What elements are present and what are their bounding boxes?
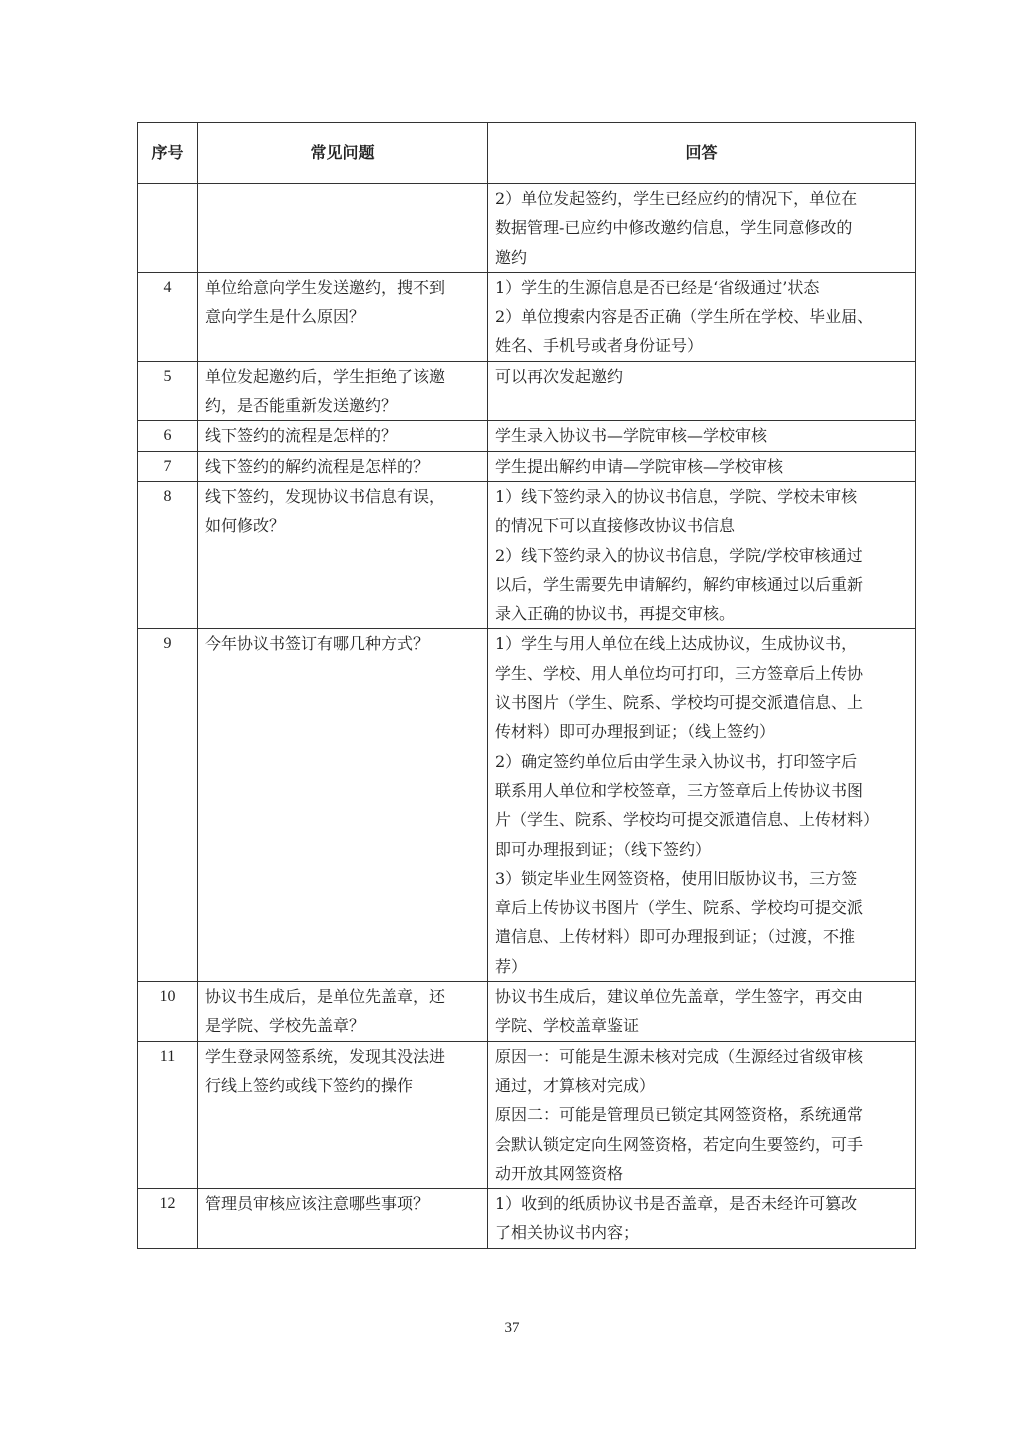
answer-line: 数据管理-已应约中修改邀约信息，学生同意修改的 (495, 213, 908, 242)
question-line: 线下签约的解约流程是怎样的？ (205, 452, 480, 481)
header-index: 序号 (138, 123, 198, 184)
answer-line: 1）收到的纸质协议书是否盖章，是否未经许可篡改 (495, 1189, 908, 1218)
answer-cell: 1）学生的生源信息是否已经是‘省级通过’状态2）单位搜索内容是否正确（学生所在学… (488, 272, 916, 361)
answer-line: 议书图片（学生、院系、学校均可提交派遣信息、上 (495, 688, 908, 717)
table-row: 11学生登录网签系统，发现其没法进行线上签约或线下签约的操作原因一：可能是生源未… (138, 1041, 916, 1188)
answer-line: 2）单位搜索内容是否正确（学生所在学校、毕业届、 (495, 302, 908, 331)
table-row: 5单位发起邀约后，学生拒绝了该邀约，是否能重新发送邀约？可以再次发起邀约 (138, 361, 916, 421)
answer-cell: 2）单位发起签约，学生已经应约的情况下，单位在数据管理-已应约中修改邀约信息，学… (488, 184, 916, 273)
answer-line: 2）线下签约录入的协议书信息，学院/学校审核通过 (495, 541, 908, 570)
row-index: 8 (138, 481, 198, 628)
row-index: 12 (138, 1189, 198, 1249)
answer-line: 原因二：可能是管理员已锁定其网签资格，系统通常 (495, 1100, 908, 1129)
question-cell: 协议书生成后，是单位先盖章，还是学院、学校先盖章？ (198, 982, 488, 1042)
answer-line: 录入正确的协议书，再提交审核。 (495, 599, 908, 628)
answer-line: 荐） (495, 952, 908, 981)
question-cell: 线下签约的解约流程是怎样的？ (198, 451, 488, 481)
table-row: 8线下签约，发现协议书信息有误，如何修改？1）线下签约录入的协议书信息，学院、学… (138, 481, 916, 628)
question-line: 协议书生成后，是单位先盖章，还 (205, 982, 480, 1011)
table-row: 12管理员审核应该注意哪些事项？1）收到的纸质协议书是否盖章，是否未经许可篡改了… (138, 1189, 916, 1249)
row-index (138, 184, 198, 273)
answer-cell: 学生提出解约申请—学院审核—学校审核 (488, 451, 916, 481)
answer-cell: 原因一：可能是生源未核对完成（生源经过省级审核通过，才算核对完成）原因二：可能是… (488, 1041, 916, 1188)
table-header-row: 序号 常见问题 回答 (138, 123, 916, 184)
row-index: 6 (138, 421, 198, 451)
question-cell: 管理员审核应该注意哪些事项？ (198, 1189, 488, 1249)
answer-cell: 1）收到的纸质协议书是否盖章，是否未经许可篡改了相关协议书内容； (488, 1189, 916, 1249)
question-line: 学生登录网签系统，发现其没法进 (205, 1042, 480, 1071)
answer-line: 通过，才算核对完成） (495, 1071, 908, 1100)
answer-line: 了相关协议书内容； (495, 1218, 908, 1247)
row-index: 11 (138, 1041, 198, 1188)
answer-line: 学生录入协议书—学院审核—学校审核 (495, 421, 908, 450)
answer-cell: 1）线下签约录入的协议书信息，学院、学校未审核的情况下可以直接修改协议书信息2）… (488, 481, 916, 628)
answer-line: 协议书生成后，建议单位先盖章，学生签字，再交由 (495, 982, 908, 1011)
answer-line: 姓名、手机号或者身份证号） (495, 331, 908, 360)
answer-cell: 学生录入协议书—学院审核—学校审核 (488, 421, 916, 451)
answer-line: 学生提出解约申请—学院审核—学校审核 (495, 452, 908, 481)
document-page: 序号 常见问题 回答 2）单位发起签约，学生已经应约的情况下，单位在数据管理-已… (0, 0, 1024, 1448)
answer-line: 遣信息、上传材料）即可办理报到证；（过渡，不推 (495, 922, 908, 951)
header-question: 常见问题 (198, 123, 488, 184)
question-line: 单位发起邀约后，学生拒绝了该邀 (205, 362, 480, 391)
answer-line: 邀约 (495, 243, 908, 272)
question-cell: 单位给意向学生发送邀约，搜不到意向学生是什么原因？ (198, 272, 488, 361)
answer-line: 1）线下签约录入的协议书信息，学院、学校未审核 (495, 482, 908, 511)
row-index: 5 (138, 361, 198, 421)
question-line: 线下签约的流程是怎样的？ (205, 421, 480, 450)
answer-line: 的情况下可以直接修改协议书信息 (495, 511, 908, 540)
page-number: 37 (0, 1320, 1024, 1337)
table-row: 2）单位发起签约，学生已经应约的情况下，单位在数据管理-已应约中修改邀约信息，学… (138, 184, 916, 273)
answer-line: 联系用人单位和学校签章，三方签章后上传协议书图 (495, 776, 908, 805)
faq-table: 序号 常见问题 回答 2）单位发起签约，学生已经应约的情况下，单位在数据管理-已… (137, 122, 916, 1249)
answer-line: 原因一：可能是生源未核对完成（生源经过省级审核 (495, 1042, 908, 1071)
table-row: 9今年协议书签订有哪几种方式？1）学生与用人单位在线上达成协议，生成协议书，学生… (138, 629, 916, 982)
answer-line: 2）确定签约单位后由学生录入协议书，打印签字后 (495, 747, 908, 776)
question-line: 是学院、学校先盖章？ (205, 1011, 480, 1040)
header-answer: 回答 (488, 123, 916, 184)
question-cell: 单位发起邀约后，学生拒绝了该邀约，是否能重新发送邀约？ (198, 361, 488, 421)
table-row: 7线下签约的解约流程是怎样的？学生提出解约申请—学院审核—学校审核 (138, 451, 916, 481)
answer-line: 3）锁定毕业生网签资格，使用旧版协议书，三方签 (495, 864, 908, 893)
answer-line: 可以再次发起邀约 (495, 362, 908, 391)
answer-line: 2）单位发起签约，学生已经应约的情况下，单位在 (495, 184, 908, 213)
answer-line: 1）学生的生源信息是否已经是‘省级通过’状态 (495, 273, 908, 302)
question-cell: 线下签约的流程是怎样的？ (198, 421, 488, 451)
question-line: 约，是否能重新发送邀约？ (205, 391, 480, 420)
answer-line: 学院、学校盖章鉴证 (495, 1011, 908, 1040)
faq-table-body: 2）单位发起签约，学生已经应约的情况下，单位在数据管理-已应约中修改邀约信息，学… (138, 184, 916, 1249)
question-cell: 线下签约，发现协议书信息有误，如何修改？ (198, 481, 488, 628)
answer-line: 即可办理报到证；（线下签约） (495, 835, 908, 864)
table-row: 10协议书生成后，是单位先盖章，还是学院、学校先盖章？协议书生成后，建议单位先盖… (138, 982, 916, 1042)
question-line: 意向学生是什么原因？ (205, 302, 480, 331)
answer-line: 会默认锁定定向生网签资格，若定向生要签约，可手 (495, 1130, 908, 1159)
answer-line: 片（学生、院系、学校均可提交派遣信息、上传材料） (495, 805, 908, 834)
answer-cell: 协议书生成后，建议单位先盖章，学生签字，再交由学院、学校盖章鉴证 (488, 982, 916, 1042)
question-line: 如何修改？ (205, 511, 480, 540)
table-row: 6线下签约的流程是怎样的？学生录入协议书—学院审核—学校审核 (138, 421, 916, 451)
answer-cell: 可以再次发起邀约 (488, 361, 916, 421)
question-line: 行线上签约或线下签约的操作 (205, 1071, 480, 1100)
question-line: 今年协议书签订有哪几种方式？ (205, 629, 480, 658)
row-index: 7 (138, 451, 198, 481)
answer-line: 动开放其网签资格 (495, 1159, 908, 1188)
question-line: 管理员审核应该注意哪些事项？ (205, 1189, 480, 1218)
question-line: 线下签约，发现协议书信息有误， (205, 482, 480, 511)
row-index: 4 (138, 272, 198, 361)
question-cell: 学生登录网签系统，发现其没法进行线上签约或线下签约的操作 (198, 1041, 488, 1188)
question-cell: 今年协议书签订有哪几种方式？ (198, 629, 488, 982)
table-row: 4单位给意向学生发送邀约，搜不到意向学生是什么原因？1）学生的生源信息是否已经是… (138, 272, 916, 361)
question-line: 单位给意向学生发送邀约，搜不到 (205, 273, 480, 302)
answer-line: 章后上传协议书图片（学生、院系、学校均可提交派 (495, 893, 908, 922)
answer-line: 传材料）即可办理报到证；（线上签约） (495, 717, 908, 746)
answer-line: 以后，学生需要先申请解约，解约审核通过以后重新 (495, 570, 908, 599)
row-index: 10 (138, 982, 198, 1042)
answer-line: 1）学生与用人单位在线上达成协议，生成协议书， (495, 629, 908, 658)
row-index: 9 (138, 629, 198, 982)
answer-line: 学生、学校、用人单位均可打印，三方签章后上传协 (495, 659, 908, 688)
answer-cell: 1）学生与用人单位在线上达成协议，生成协议书，学生、学校、用人单位均可打印，三方… (488, 629, 916, 982)
question-cell (198, 184, 488, 273)
